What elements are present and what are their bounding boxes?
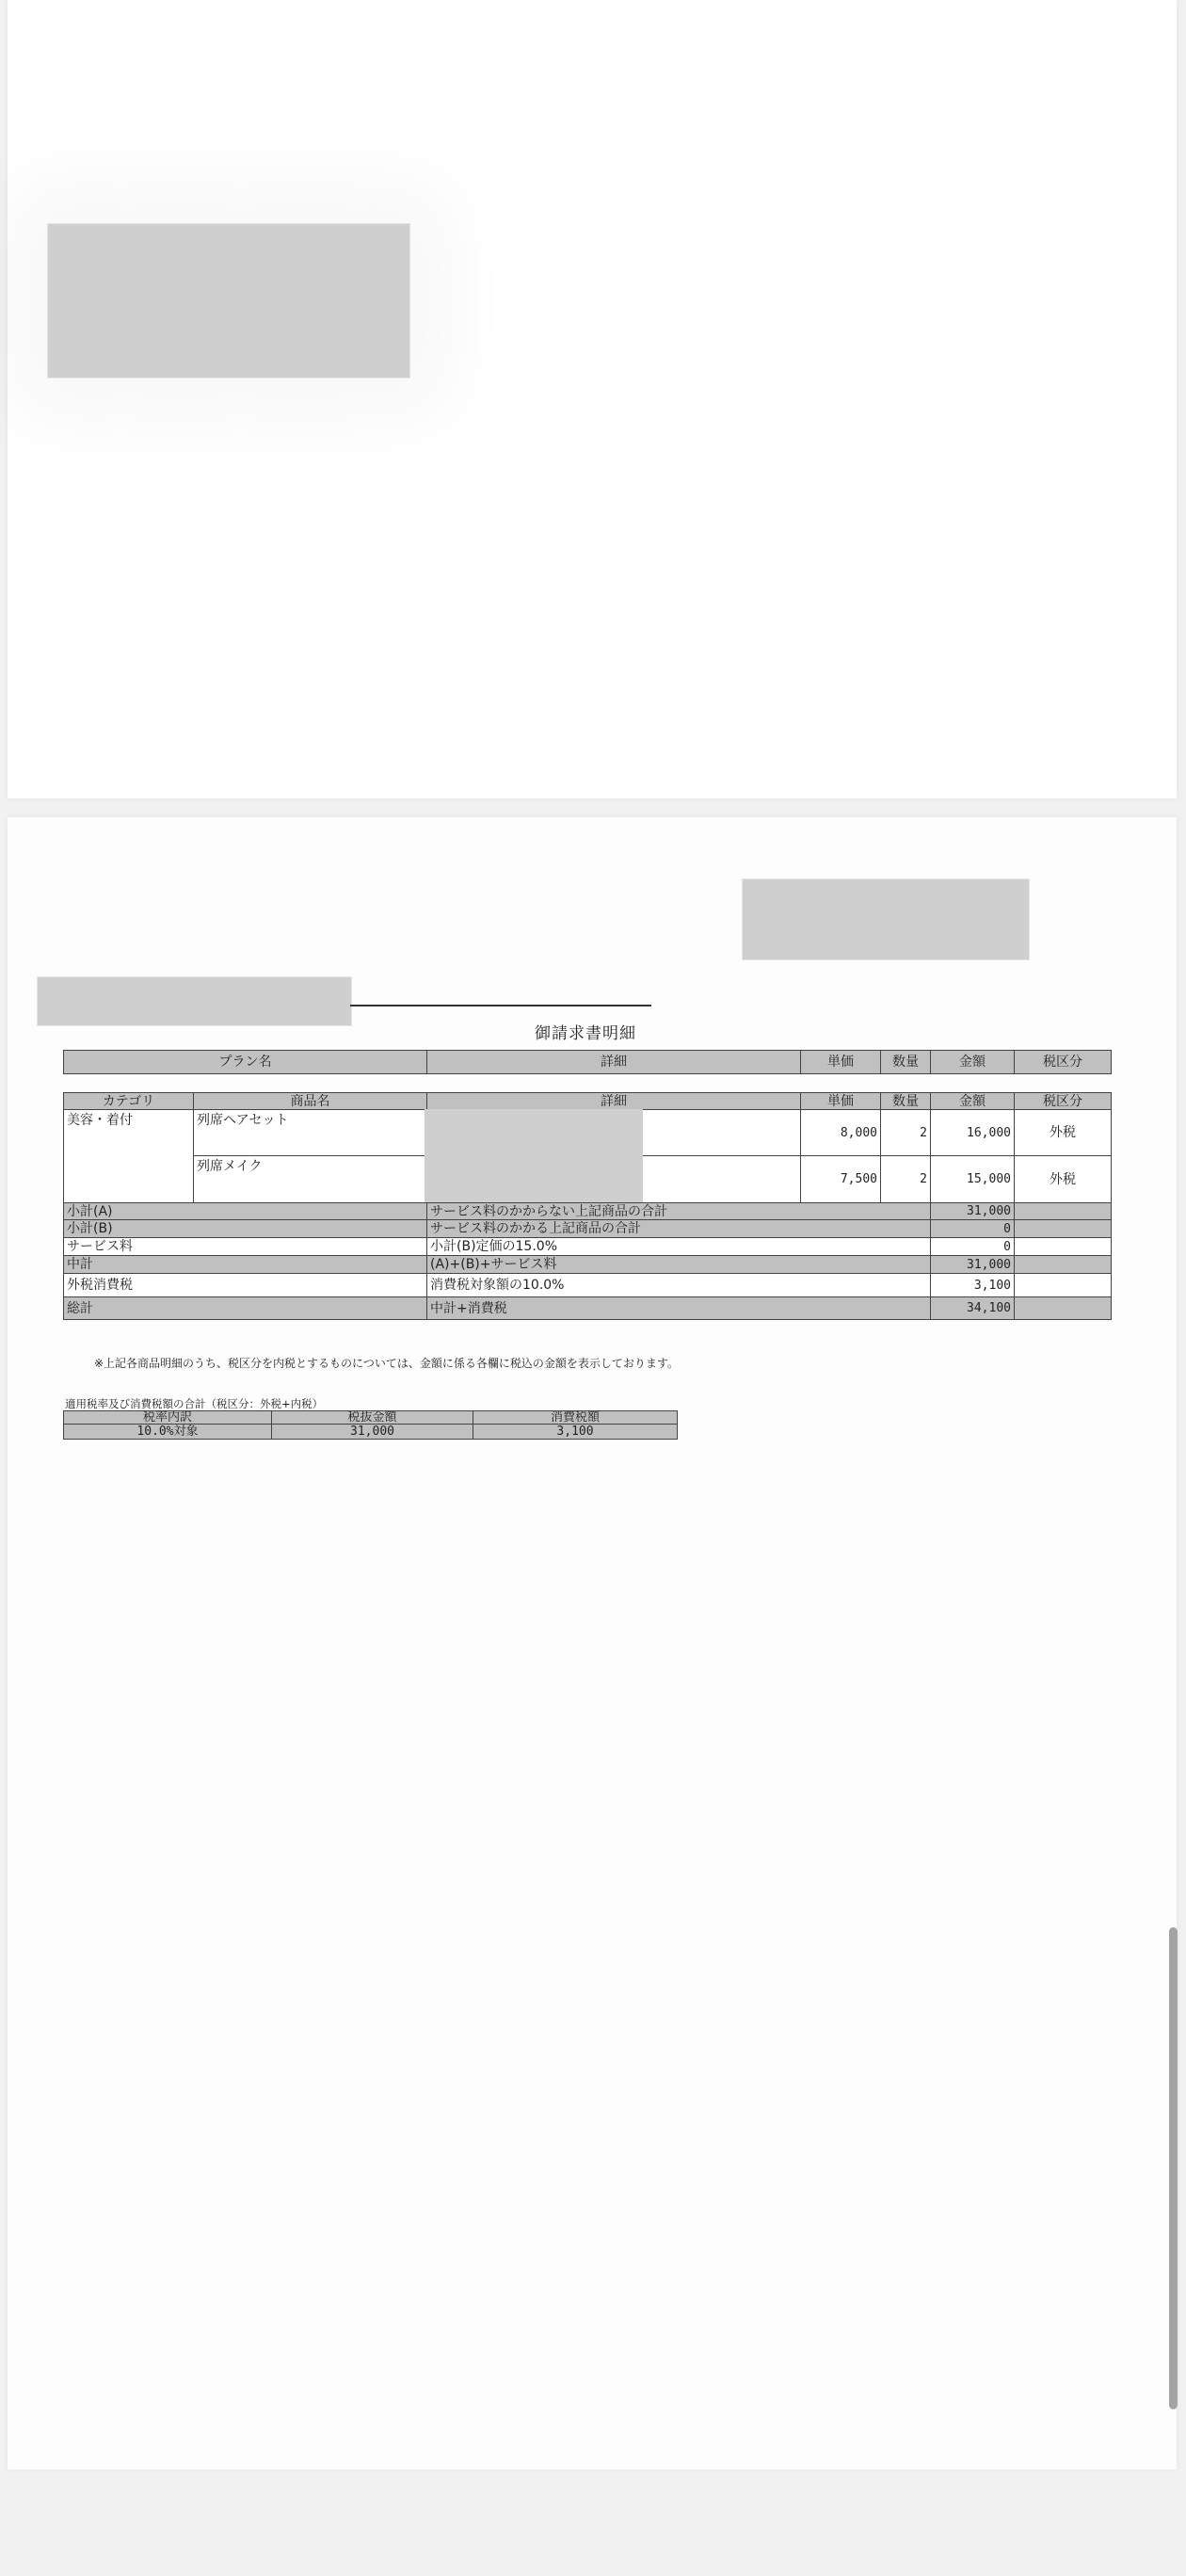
redacted-item-details: [425, 1109, 643, 1203]
items-header-quantity: 数量: [880, 1092, 931, 1110]
summary-description: (A)+(B)+サービス料: [426, 1255, 931, 1274]
tax-amount: 3,100: [473, 1424, 678, 1440]
summary-label: 小計(B): [63, 1219, 427, 1238]
summary-tax-type: [1014, 1273, 1112, 1297]
vertical-scrollbar-thumb[interactable]: [1169, 1927, 1178, 2409]
plan-header-plan-name: プラン名: [63, 1050, 427, 1074]
summary-amount: 31,000: [930, 1255, 1015, 1274]
summary-label: サービス料: [63, 1237, 427, 1256]
plan-header-detail: 詳細: [426, 1050, 801, 1074]
summary-description: 小計(B)定価の15.0%: [426, 1237, 931, 1256]
item-tax-type: 外税: [1014, 1109, 1112, 1156]
summary-tax-type: [1014, 1296, 1112, 1320]
summary-amount: 34,100: [930, 1296, 1015, 1320]
item-tax-type: 外税: [1014, 1155, 1112, 1203]
items-header-tax-type: 税区分: [1014, 1092, 1112, 1110]
summary-label: 中計: [63, 1255, 427, 1274]
redacted-address-block: [742, 878, 1030, 960]
summary-description: サービス料のかかる上記商品の合計: [426, 1219, 931, 1238]
summary-tax-type: [1014, 1255, 1112, 1274]
tax-inclusive-note: ※上記各商品明細のうち、税区分を内税とするものについては、金額に係る各欄に税込の…: [94, 1355, 679, 1371]
item-name: 列席ヘアセット: [193, 1109, 427, 1156]
summary-description: 中計+消費税: [426, 1296, 931, 1320]
page-title: 御請求書明細: [535, 1020, 636, 1043]
tax-header-rate: 税率内訳: [63, 1410, 272, 1425]
summary-tax-type: [1014, 1219, 1112, 1238]
items-header-amount: 金額: [930, 1092, 1015, 1110]
item-amount: 15,000: [930, 1155, 1015, 1203]
item-amount: 16,000: [930, 1109, 1015, 1156]
item-unit-price: 8,000: [800, 1109, 881, 1156]
plan-header-unit-price: 単価: [800, 1050, 881, 1074]
summary-tax-type: [1014, 1202, 1112, 1220]
summary-amount: 31,000: [930, 1202, 1015, 1220]
items-header-product-name: 商品名: [193, 1092, 427, 1110]
item-quantity: 2: [880, 1109, 931, 1156]
item-quantity: 2: [880, 1155, 931, 1203]
item-name: 列席メイク: [193, 1155, 427, 1203]
summary-label: 外税消費税: [63, 1273, 427, 1297]
summary-label: 小計(A): [63, 1202, 427, 1220]
plan-header-amount: 金額: [930, 1050, 1015, 1074]
summary-description: 消費税対象額の10.0%: [426, 1273, 931, 1297]
tax-taxable-amount: 31,000: [271, 1424, 473, 1440]
summary-amount: 0: [930, 1237, 1015, 1256]
summary-label: 総計: [63, 1296, 427, 1320]
tax-summary-caption: 適用税率及び消費税額の合計（税区分：外税+内税）: [65, 1396, 323, 1411]
items-header-unit-price: 単価: [800, 1092, 881, 1110]
items-header-category: カテゴリ: [63, 1092, 194, 1110]
plan-header-quantity: 数量: [880, 1050, 931, 1074]
redacted-block: [47, 223, 410, 378]
summary-tax-type: [1014, 1237, 1112, 1256]
summary-amount: 0: [930, 1219, 1015, 1238]
tax-rate: 10.0%対象: [63, 1424, 272, 1440]
recipient-underline: [350, 1005, 651, 1006]
tax-header-taxable-amount: 税抜金額: [271, 1410, 473, 1425]
summary-description: サービス料のかからない上記商品の合計: [426, 1202, 931, 1220]
items-header-detail: 詳細: [426, 1092, 801, 1110]
summary-amount: 3,100: [930, 1273, 1015, 1297]
item-unit-price: 7,500: [800, 1155, 881, 1203]
plan-header-tax-type: 税区分: [1014, 1050, 1112, 1074]
item-category: 美容・着付: [63, 1109, 194, 1203]
document-page-1: [8, 0, 1177, 798]
redacted-recipient-name: [37, 976, 352, 1026]
tax-header-tax-amount: 消費税額: [473, 1410, 678, 1425]
